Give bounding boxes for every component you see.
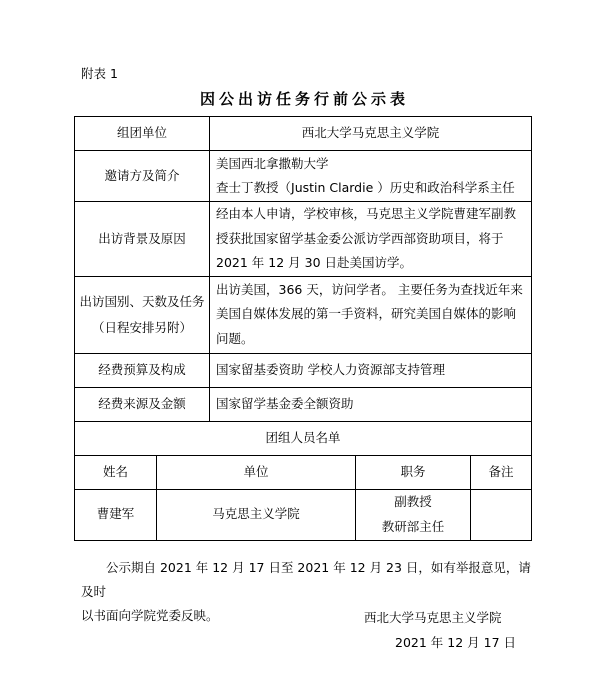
page-title: 因公出访任务行前公示表 [0,88,601,109]
label-budget: 经费预算及构成 [75,353,210,387]
table-row: 曹建军 马克思主义学院 副教授 教研部主任 [75,489,532,540]
column-header-unit: 单位 [157,455,356,489]
row-background: 出访背景及原因 经由本人申请，学校审核，马克思主义学院曹建军副教 授获批国家留学… [75,202,532,277]
tasks-line: 问题。 [216,327,527,352]
inviter-line: 美国西北拿撒勒大学 [216,152,527,177]
member-position: 副教授 教研部主任 [356,489,471,540]
value-background: 经由本人申请，学校审核，马克思主义学院曹建军副教 授获批国家留学基金委公派访学西… [210,202,532,277]
value-organizing-unit: 西北大学马克思主义学院 [210,117,532,151]
label-background: 出访背景及原因 [75,202,210,277]
column-header-name: 姓名 [75,455,157,489]
position-line: 副教授 [356,490,470,515]
signature-date: 2021 年 12 月 17 日 [395,633,516,651]
inviter-line: 查士丁教授（Justin Clardie ）历史和政治科学系主任 [216,176,527,201]
label-destination-tasks: 出访国别、天数及任务 （日程安排另附） [75,276,210,353]
row-members-heading: 团组人员名单 [75,421,532,455]
column-header-remark: 备注 [471,455,532,489]
position-line: 教研部主任 [356,515,470,540]
background-line: 经由本人申请，学校审核，马克思主义学院曹建军副教 [216,202,527,227]
annex-label: 附表 1 [81,64,118,82]
signature-organization: 西北大学马克思主义学院 [364,608,502,626]
row-funding-source: 经费来源及金额 国家留学基金委全额资助 [75,387,532,421]
label-inviter: 邀请方及简介 [75,151,210,202]
label-organizing-unit: 组团单位 [75,117,210,151]
value-budget: 国家留基委资助 学校人力资源部支持管理 [210,353,532,387]
tasks-line: 美国自媒体发展的第一手资料，研究美国自媒体的影响 [216,302,527,327]
row-budget: 经费预算及构成 国家留基委资助 学校人力资源部支持管理 [75,353,532,387]
member-remark [471,489,532,540]
value-funding-source: 国家留学基金委全额资助 [210,387,532,421]
members-header-row: 姓名 单位 职务 备注 [75,455,532,489]
row-organizing-unit: 组团单位 西北大学马克思主义学院 [75,117,532,151]
value-inviter: 美国西北拿撒勒大学 查士丁教授（Justin Clardie ）历史和政治科学系… [210,151,532,202]
member-name: 曹建军 [75,489,157,540]
row-destination-tasks: 出访国别、天数及任务 （日程安排另附） 出访美国，366 天，访问学者。 主要任… [75,276,532,353]
row-inviter: 邀请方及简介 美国西北拿撒勒大学 查士丁教授（Justin Clardie ）历… [75,151,532,202]
column-header-position: 职务 [356,455,471,489]
label-funding-source: 经费来源及金额 [75,387,210,421]
value-destination-tasks: 出访美国，366 天，访问学者。 主要任务为查找近年来 美国自媒体发展的第一手资… [210,276,532,353]
background-line: 2021 年 12 月 30 日赴美国访学。 [216,251,527,276]
tasks-line: 出访美国，366 天，访问学者。 主要任务为查找近年来 [216,278,527,303]
label-line: （日程安排另附） [75,315,209,341]
publicity-table: 组团单位 西北大学马克思主义学院 邀请方及简介 美国西北拿撒勒大学 查士丁教授（… [74,116,532,541]
member-unit: 马克思主义学院 [157,489,356,540]
members-heading: 团组人员名单 [75,421,532,455]
label-line: 出访国别、天数及任务 [75,289,209,315]
notice-line: 公示期自 2021 年 12 月 17 日至 2021 年 12 月 23 日，… [81,560,531,599]
background-line: 授获批国家留学基金委公派访学西部资助项目，将于 [216,227,527,252]
